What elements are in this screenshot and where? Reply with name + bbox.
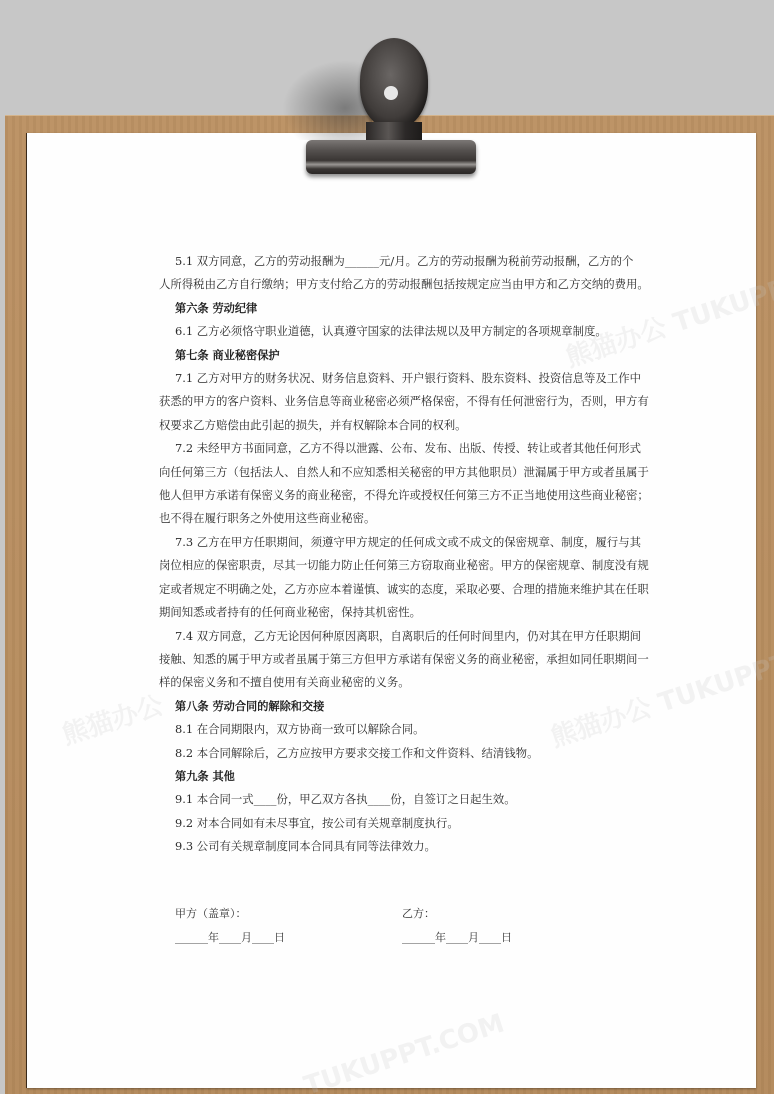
section-heading: 第八条 劳动合同的解除和交接 [175, 695, 630, 718]
clip-shadow [282, 60, 372, 140]
clause-paragraph: 8.2 本合同解除后，乙方应按甲方要求交接工作和文件资料、结清钱物。 [175, 742, 630, 765]
clause-paragraph: 7.2 未经甲方书面同意，乙方不得以泄露、公布、发布、出版、传授、转让或者其他任… [175, 437, 630, 531]
section-heading: 第七条 商业秘密保护 [175, 344, 630, 367]
section-heading: 第六条 劳动纪律 [175, 297, 630, 320]
clause-paragraph: 6.1 乙方必须恪守职业道德，认真遵守国家的法律法规以及甲方制定的各项规章制度。 [175, 320, 630, 343]
clause-paragraph: 9.2 对本合同如有未尽事宜，按公司有关规章制度执行。 [175, 812, 630, 835]
party-b-date: ______年____月____日 [402, 926, 512, 950]
clause-line: 向任何第三方（包括法人、自然人和不应知悉相关秘密的甲方其他职员）泄漏属于甲方或者… [159, 461, 630, 484]
binder-clip-ring-icon [360, 38, 428, 130]
clause-paragraph: 9.1 本合同一式____份，甲乙双方各执____份，自签订之日起生效。 [175, 788, 630, 811]
clause-paragraph: 5.1 双方同意，乙方的劳动报酬为______元/月。乙方的劳动报酬为税前劳动报… [175, 250, 630, 297]
clause-line: 9.3 公司有关规章制度同本合同具有同等法律效力。 [175, 835, 630, 858]
clause-paragraph: 8.1 在合同期限内，双方协商一致可以解除合同。 [175, 718, 630, 741]
contract-body: 5.1 双方同意，乙方的劳动报酬为______元/月。乙方的劳动报酬为税前劳动报… [175, 250, 630, 859]
binder-clip-icon [306, 140, 476, 174]
clause-paragraph: 7.3 乙方在甲方任职期间，须遵守甲方规定的任何成文或不成文的保密规章、制度，履… [175, 531, 630, 625]
clause-line: 5.1 双方同意，乙方的劳动报酬为______元/月。乙方的劳动报酬为税前劳动报… [175, 250, 630, 273]
party-a-date: ______年____月____日 [175, 926, 285, 950]
clause-line: 7.3 乙方在甲方任职期间，须遵守甲方规定的任何成文或不成文的保密规章、制度，履… [175, 531, 630, 554]
party-a-label: 甲方（盖章）： [175, 902, 285, 926]
clause-line: 人所得税由乙方自行缴纳；甲方支付给乙方的劳动报酬包括按规定应当由甲方和乙方交纳的… [159, 273, 630, 296]
clause-paragraph: 9.3 公司有关规章制度同本合同具有同等法律效力。 [175, 835, 630, 858]
clause-line: 岗位相应的保密职责，尽其一切能力防止任何第三方窃取商业秘密。甲方的保密规章、制度… [159, 554, 630, 577]
clause-line: 接触、知悉的属于甲方或者虽属于第三方但甲方承诺有保密义务的商业秘密，承担如同任职… [159, 648, 630, 671]
party-b-signature: 乙方： ______年____月____日 [402, 902, 512, 950]
party-a-signature: 甲方（盖章）： ______年____月____日 [175, 902, 285, 950]
clause-line: 7.2 未经甲方书面同意，乙方不得以泄露、公布、发布、出版、传授、转让或者其他任… [175, 437, 630, 460]
clause-line: 9.1 本合同一式____份，甲乙双方各执____份，自签订之日起生效。 [175, 788, 630, 811]
clause-line: 他人但甲方承诺有保密义务的商业秘密，不得允许或授权任何第三方不正当地使用这些商业… [159, 484, 630, 507]
clause-line: 获悉的甲方的客户资料、业务信息等商业秘密必须严格保密，不得有任何泄密行为，否则，… [159, 390, 630, 413]
binder-clip-hole [384, 86, 398, 100]
clause-line: 6.1 乙方必须恪守职业道德，认真遵守国家的法律法规以及甲方制定的各项规章制度。 [175, 320, 630, 343]
clause-line: 权要求乙方赔偿由此引起的损失，并有权解除本合同的权利。 [159, 414, 630, 437]
clause-line: 7.4 双方同意，乙方无论因何种原因离职，自离职后的任何时间里内，仍对其在甲方任… [175, 625, 630, 648]
clause-paragraph: 7.1 乙方对甲方的财务状况、财务信息资料、开户银行资料、股东资料、投资信息等及… [175, 367, 630, 437]
clause-line: 样的保密义务和不擅自使用有关商业秘密的义务。 [159, 671, 630, 694]
clause-line: 定或者规定不明确之处，乙方亦应本着谨慎、诚实的态度，采取必要、合理的措施来维护其… [159, 578, 630, 601]
clause-line: 9.2 对本合同如有未尽事宜，按公司有关规章制度执行。 [175, 812, 630, 835]
party-b-label: 乙方： [402, 902, 512, 926]
clause-line: 也不得在履行职务之外使用这些商业秘密。 [159, 507, 630, 530]
clause-line: 8.1 在合同期限内，双方协商一致可以解除合同。 [175, 718, 630, 741]
section-heading: 第九条 其他 [175, 765, 630, 788]
clause-paragraph: 7.4 双方同意，乙方无论因何种原因离职，自离职后的任何时间里内，仍对其在甲方任… [175, 625, 630, 695]
clause-line: 7.1 乙方对甲方的财务状况、财务信息资料、开户银行资料、股东资料、投资信息等及… [175, 367, 630, 390]
clause-line: 期间知悉或者持有的任何商业秘密，保持其机密性。 [159, 601, 630, 624]
clause-line: 8.2 本合同解除后，乙方应按甲方要求交接工作和文件资料、结清钱物。 [175, 742, 630, 765]
